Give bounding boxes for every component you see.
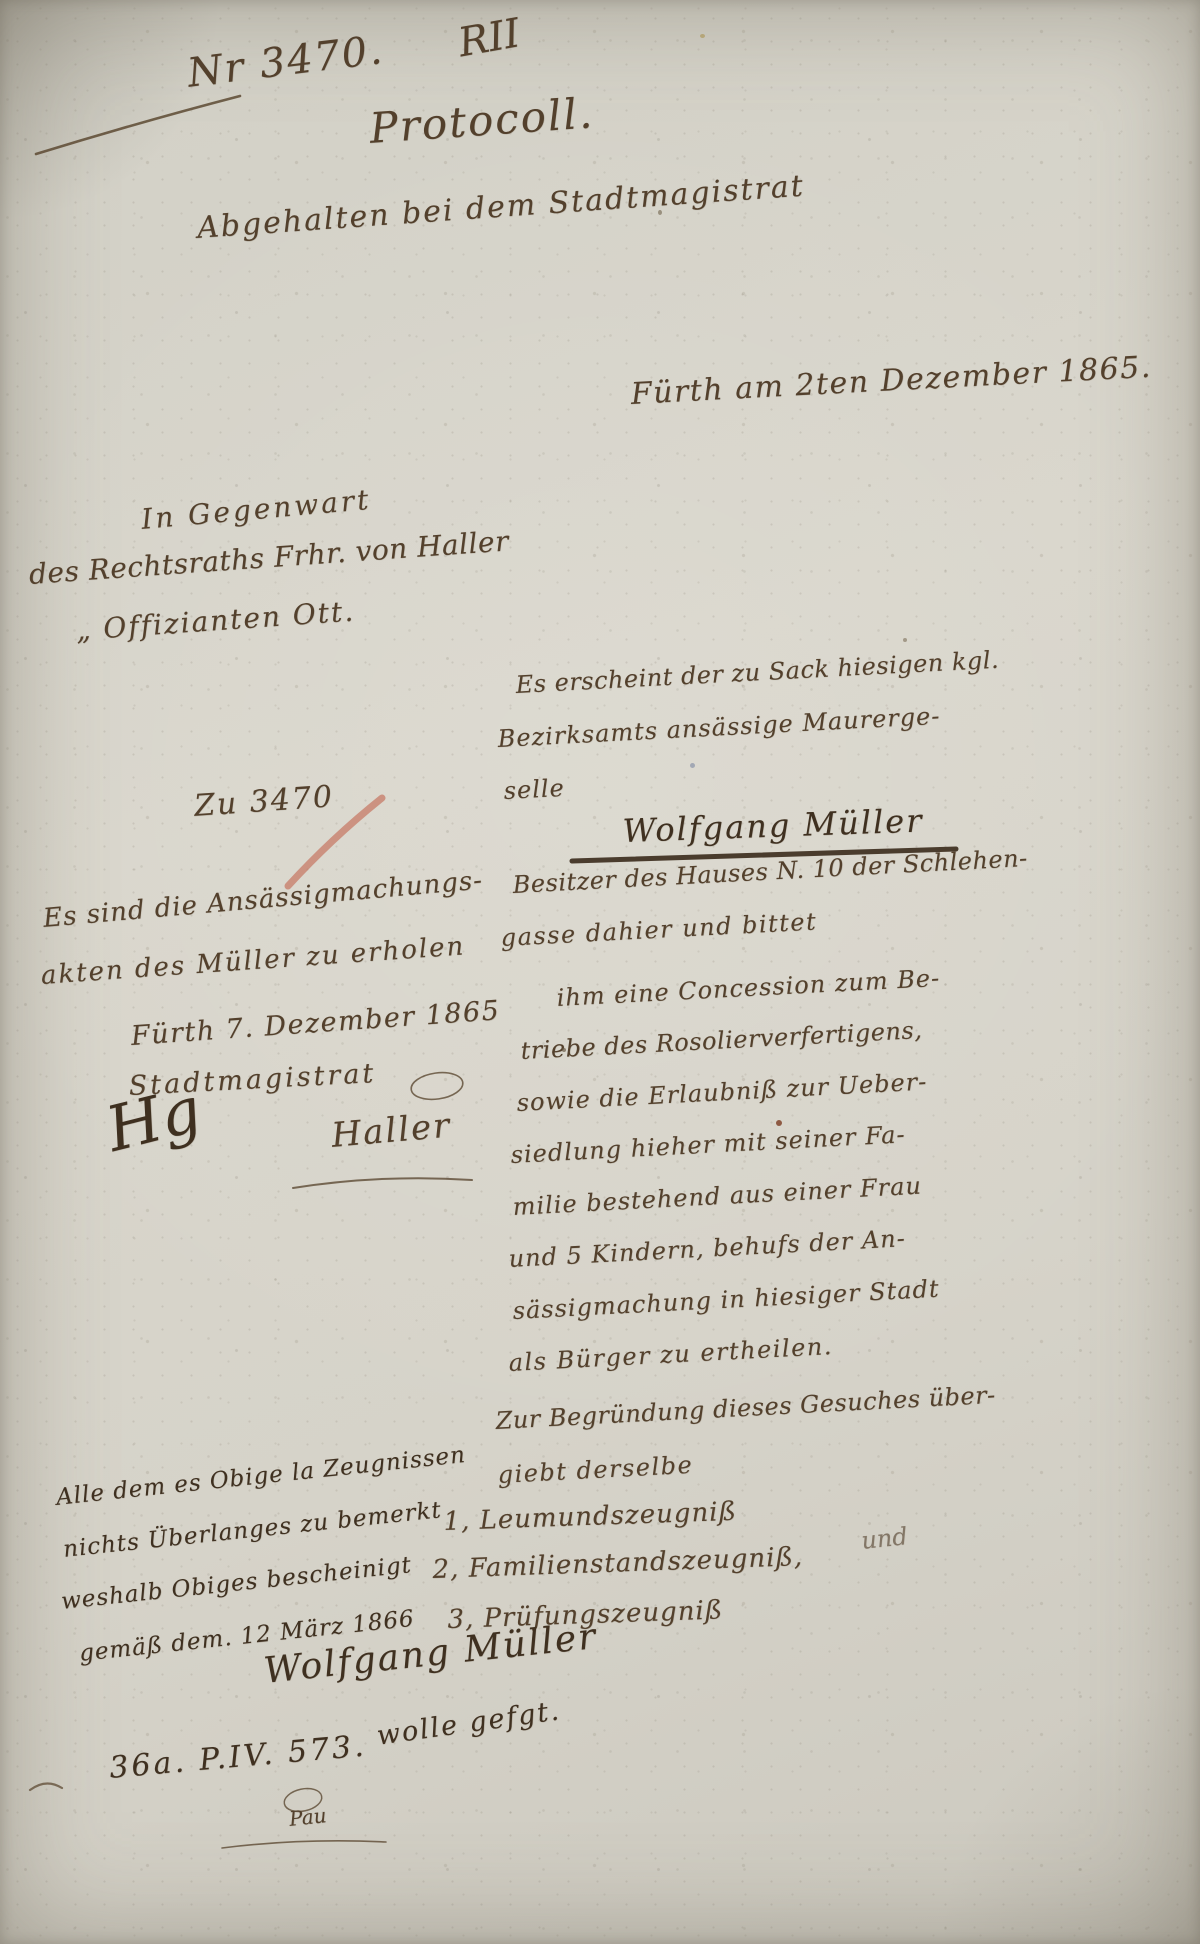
file-reference: 36a. P.IV. 573. bbox=[108, 1730, 368, 1785]
haller-signature: Haller bbox=[330, 1108, 453, 1156]
subtitle: Abgehalten bei dem Stadtmagistrat bbox=[196, 170, 806, 245]
petition-line2: triebe des Rosolierverfertigens, bbox=[520, 1017, 923, 1064]
file-reference-dash bbox=[30, 1783, 62, 1790]
presence-intro: In Gegenwart bbox=[140, 485, 373, 536]
resolution-reference: Zu 3470 bbox=[193, 780, 335, 823]
petition-line3: sowie die Erlaubniß zur Ueber- bbox=[516, 1068, 928, 1116]
appearance-line2: Bezirksamts ansässige Maurerge- bbox=[497, 703, 941, 753]
presence-official2: „ Offizianten Ott. bbox=[75, 596, 356, 646]
petition-line6: und 5 Kindern, behufs der An- bbox=[508, 1225, 906, 1272]
haller-underline-flourish bbox=[293, 1178, 472, 1188]
manuscript-page: Nr 3470. RII Protocoll. Abgehalten bei d… bbox=[0, 0, 1200, 1944]
resolution-line2: akten des Müller zu erholen bbox=[40, 932, 466, 990]
paraph-underline bbox=[222, 1841, 386, 1848]
paper-fleck bbox=[776, 1120, 782, 1126]
petition-line8: als Bürger zu ertheilen. bbox=[508, 1333, 833, 1376]
appearance-line4: Besitzer des Hauses N. 10 der Schlehen- bbox=[512, 845, 1028, 898]
paper-fleck bbox=[903, 638, 907, 642]
justification-line1: Zur Begründung dieses Gesuches über- bbox=[495, 1382, 996, 1435]
dateline: Fürth am 2ten Dezember 1865. bbox=[630, 351, 1153, 411]
appearance-line3: selle bbox=[503, 775, 565, 805]
authority-end-loop bbox=[409, 1070, 464, 1103]
page-title: Protocoll. bbox=[368, 90, 595, 152]
paper-fleck bbox=[700, 34, 705, 38]
closing-note-line2: nichts Überlanges zu bemerkt bbox=[62, 1498, 443, 1563]
doc-number-flourish bbox=[36, 96, 240, 154]
document-item-1: 1, Leumundszeugniß bbox=[443, 1498, 737, 1537]
marginal-word: und bbox=[860, 1523, 909, 1554]
document-item-2: 2, Familienstandszeugniß, bbox=[432, 1543, 804, 1585]
doc-number: Nr 3470. bbox=[185, 28, 386, 96]
resolution-line1: Es sind die Ansässigmachungs- bbox=[42, 867, 484, 934]
signature-annotation: wolle gefgt. bbox=[375, 1696, 563, 1751]
justification-line2: giebt derselbe bbox=[497, 1452, 694, 1489]
petition-line1: ihm eine Concession zum Be- bbox=[556, 965, 941, 1011]
paper-fleck bbox=[690, 763, 695, 768]
clerk-paraph: Pau bbox=[288, 1804, 327, 1830]
appearance-line1: Es erscheint der zu Sack hiesigen kgl. bbox=[515, 647, 1000, 699]
appearance-line5: gasse dahier und bittet bbox=[500, 908, 818, 951]
petition-line5: milie bestehend aus einer Frau bbox=[512, 1173, 923, 1221]
applicant-name: Wolfgang Müller bbox=[622, 803, 924, 849]
closing-note-line3: weshalb Obiges bescheinigt bbox=[60, 1553, 413, 1615]
petition-line4: siedlung hieher mit seiner Fa- bbox=[510, 1121, 906, 1168]
registry-mark: RII bbox=[455, 11, 523, 65]
petition-line7: sässigmachung in hiesiger Stadt bbox=[512, 1276, 940, 1325]
official-paraph: Hg bbox=[100, 1075, 207, 1164]
resolution-dateline: Fürth 7. Dezember 1865 bbox=[130, 996, 501, 1051]
presence-official1: des Rechtsraths Frhr. von Haller bbox=[28, 526, 510, 590]
